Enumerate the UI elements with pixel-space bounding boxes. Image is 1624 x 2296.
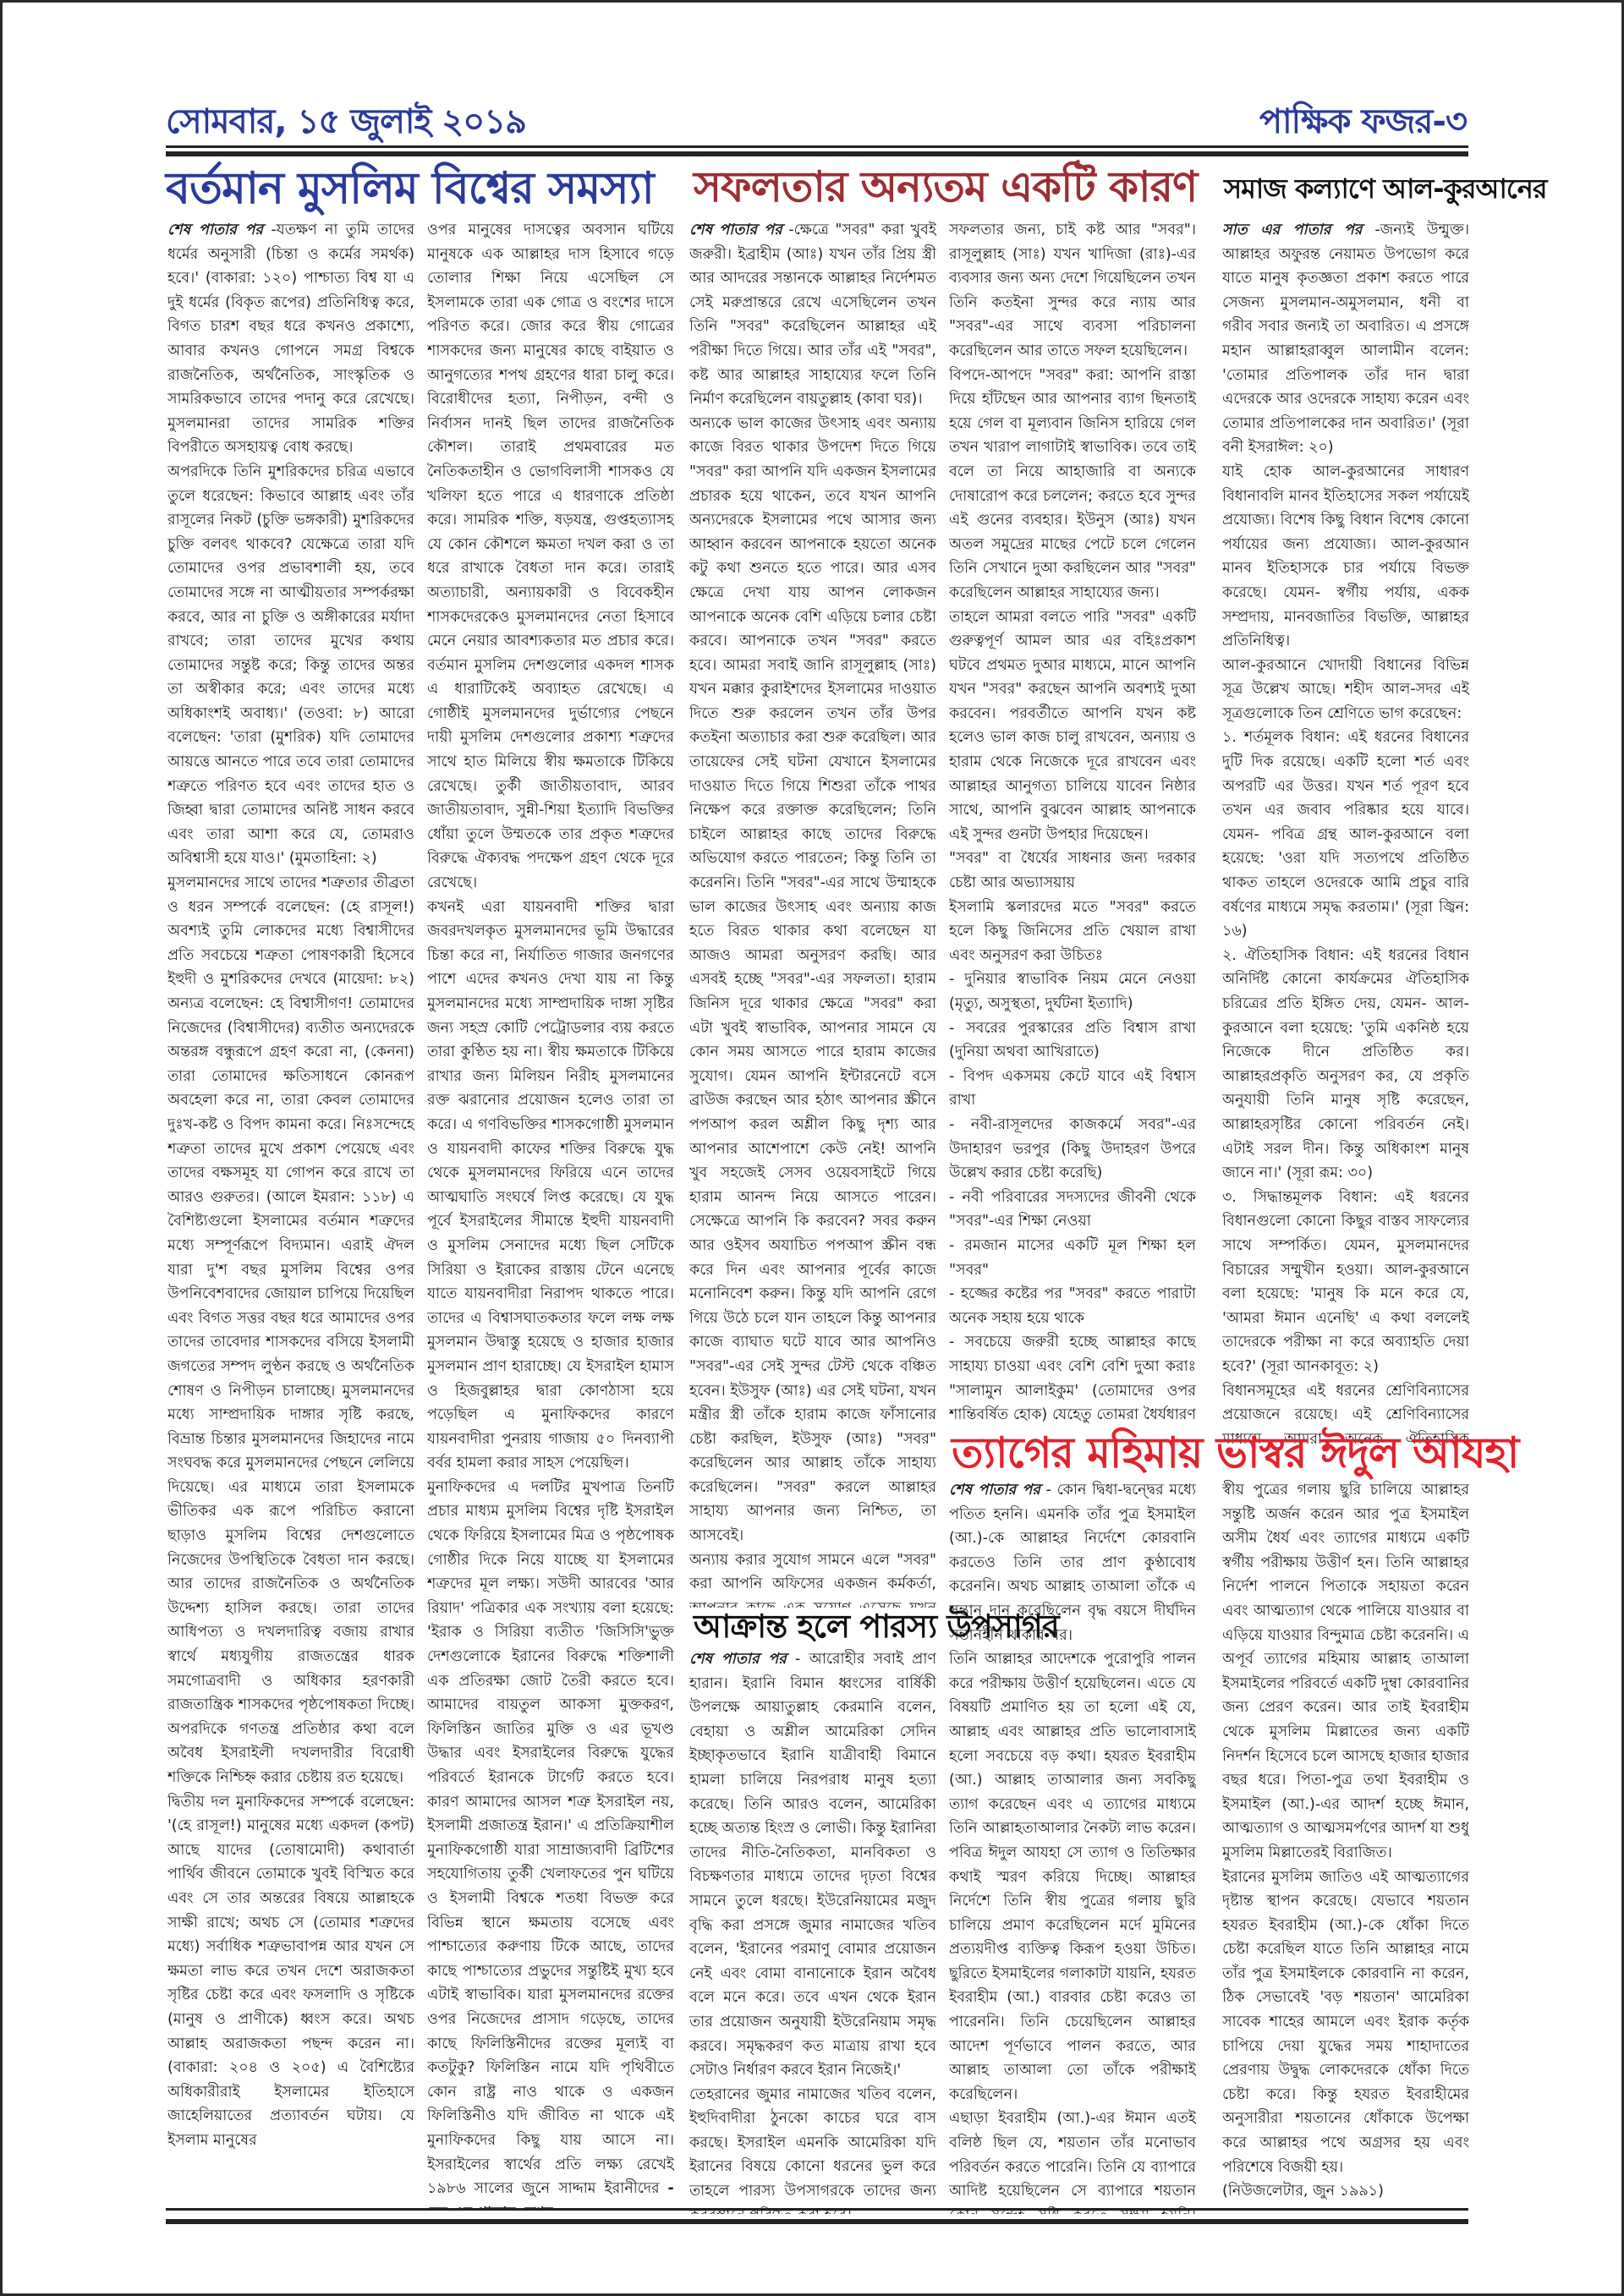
header-rule-thin	[166, 145, 1468, 148]
issue-date: সোমবার, ১৫ জুলাই ২০১৯	[166, 95, 526, 151]
list-item: - রমজান মাসের একটি মূল শিক্ষা হল "সবর"	[949, 1234, 1196, 1282]
headline-quran-welfare: সমাজ কল্যাণে আল-কুরআনের	[1224, 175, 1546, 202]
list-item: - নবী পরিবারের সদস্যদের জীবনী থেকে "সবর"…	[949, 1186, 1196, 1234]
footer-rule-thick	[166, 2219, 1468, 2224]
article-quran-welfare: সাত এর পাতার পর -জন্যই উন্মুক্ত। আল্লাহর…	[1222, 218, 1469, 1449]
article-sabar-col4: সফলতার জন্য, চাই কষ্ট আর "সবর"। রাসূলুল্…	[949, 218, 1196, 1423]
headline-muslim-world: বর্তমান মুসলিম বিশ্বের সমস্যা	[166, 167, 654, 211]
article-eid-col5: স্বীয় পুত্রের গলায় ছুরি চালিয়ে আল্লাহ…	[1222, 1478, 1469, 2214]
page-label: পাক্ষিক ফজর-৩	[1259, 95, 1467, 151]
list-item: - সবরের পুরস্কারের প্রতি বিশ্বাস রাখা (দ…	[949, 1016, 1196, 1065]
headline-eid: ত্যাগের মহিমায় ভাস্বর ঈদুল আযহা	[952, 1432, 1518, 1474]
list-item: - হজ্জের কষ্টের পর "সবর" করতে পারাটা অনে…	[949, 1282, 1196, 1330]
article-persian-gulf: শেষ পাতার পর - আরোহীর সবাই প্রাণ হারান। …	[689, 1647, 936, 2214]
article-sabar-col3: শেষ পাতার পর -ক্ষেত্রে "সবর" করা খুবই জর…	[689, 218, 936, 1608]
header-rule-thick	[166, 151, 1468, 156]
article-eid-col4: শেষ পাতার পর - কোন দ্বিধা-দ্বন্দ্বের মধ্…	[949, 1478, 1196, 2214]
list-item: - সবচেয়ে জরুরী হচ্ছে আল্লাহর কাছে সাহায…	[949, 1330, 1196, 1423]
continued-from-label: শেষ পাতার পর	[167, 222, 263, 238]
list-item: - নবী-রাসূলদের কাজকর্মে সবর"-এর উদাহারণ …	[949, 1113, 1196, 1186]
list-item: - দুনিয়ার স্বাভাবিক নিয়ম মেনে নেওয়া (…	[949, 967, 1196, 1016]
article-muslim-world-col2: ওপর মানুষের দাসত্বের অবসান ঘটিয়ে মানুষক…	[427, 218, 674, 2210]
footer-rule-thin	[166, 2208, 1468, 2211]
headline-sabar: সফলতার অন্যতম একটি কারণ	[694, 166, 1197, 208]
list-item: - বিপদ একসময় কেটে যাবে এই বিশ্বাস রাখা	[949, 1065, 1196, 1113]
article-muslim-world-col1: শেষ পাতার পর -যতক্ষণ না তুমি তাদের ধর্মে…	[167, 218, 414, 2210]
